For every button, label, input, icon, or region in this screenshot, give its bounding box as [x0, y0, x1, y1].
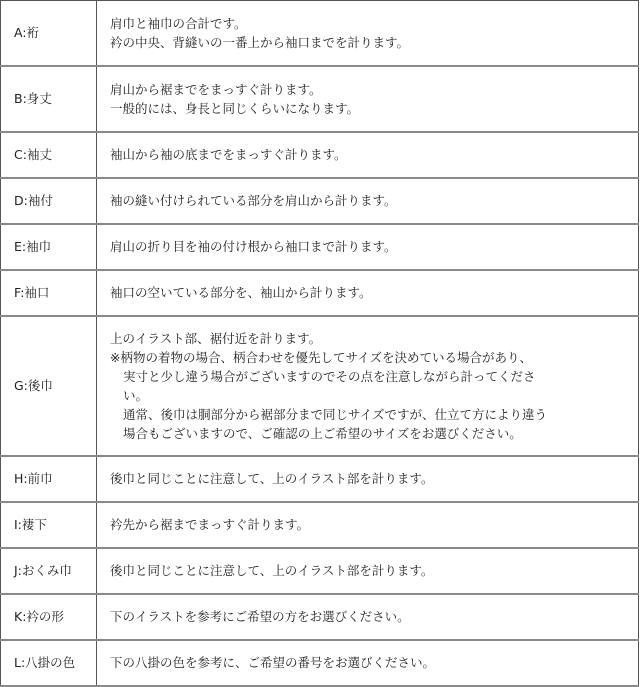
description-line: 袖の縫い付けられている部分を肩山から計ります。: [110, 191, 632, 210]
table-row-j: J:おくみ巾 後巾と同じことに注意して、上のイラスト部を計ります。: [1, 548, 639, 594]
measurement-guide-table: A:裄 肩巾と袖巾の合計です。 衿の中央、背縫いの一番上から袖口までを計ります。…: [0, 0, 639, 687]
table-row-b: B:身丈 肩山から裾までをまっすぐ計ります。 一般的には、身長と同じくらいになり…: [1, 66, 639, 132]
description-line: 下のイラストを参考にご希望の方をお選びください。: [110, 607, 632, 626]
description-line: 衿先から裾までまっすぐ計ります。: [110, 515, 632, 534]
table-row-f: F:袖口 袖口の空いている部分を、袖山から計ります。: [1, 270, 639, 316]
table-row-a: A:裄 肩巾と袖巾の合計です。 衿の中央、背縫いの一番上から袖口までを計ります。: [1, 1, 639, 66]
table-row-i: I:褄下 衿先から裾までまっすぐ計ります。: [1, 502, 639, 548]
row-description: 肩巾と袖巾の合計です。 衿の中央、背縫いの一番上から袖口までを計ります。: [97, 1, 639, 66]
description-line: 下の八掛の色を参考に、ご希望の番号をお選びください。: [110, 653, 632, 672]
description-line: 袖口の空いている部分を、袖山から計ります。: [110, 283, 632, 302]
row-description: 下の八掛の色を参考に、ご希望の番号をお選びください。: [97, 640, 639, 686]
description-note-line: い。: [110, 386, 632, 405]
row-description: 後巾と同じことに注意して、上のイラスト部を計ります。: [97, 456, 639, 502]
row-label: J:おくみ巾: [1, 548, 97, 594]
table-row-g: G:後巾 上のイラスト部、裾付近を計ります。 ※柄物の着物の場合、柄合わせを優先…: [1, 316, 639, 456]
table-row-k: K:衿の形 下のイラストを参考にご希望の方をお選びください。: [1, 594, 639, 640]
description-note-line: 実寸と少し違う場合がございますのでその点を注意しながら計ってくださ: [110, 367, 632, 386]
row-label: H:前巾: [1, 456, 97, 502]
row-label: K:衿の形: [1, 594, 97, 640]
description-line: 衿の中央、背縫いの一番上から袖口までを計ります。: [110, 33, 632, 52]
table-row-d: D:袖付 袖の縫い付けられている部分を肩山から計ります。: [1, 178, 639, 224]
row-label: B:身丈: [1, 66, 97, 132]
row-description: 上のイラスト部、裾付近を計ります。 ※柄物の着物の場合、柄合わせを優先してサイズ…: [97, 316, 639, 456]
description-line: 一般的には、身長と同じくらいになります。: [110, 99, 632, 118]
row-description: 肩山の折り目を袖の付け根から袖口まで計ります。: [97, 224, 639, 270]
description-line: 後巾と同じことに注意して、上のイラスト部を計ります。: [110, 561, 632, 580]
row-label: I:褄下: [1, 502, 97, 548]
description-line: 肩山から裾までをまっすぐ計ります。: [110, 80, 632, 99]
table-row-h: H:前巾 後巾と同じことに注意して、上のイラスト部を計ります。: [1, 456, 639, 502]
description-note-line: ※柄物の着物の場合、柄合わせを優先してサイズを決めている場合があり、: [110, 348, 632, 367]
row-label: F:袖口: [1, 270, 97, 316]
row-label: L:八掛の色: [1, 640, 97, 686]
row-description: 衿先から裾までまっすぐ計ります。: [97, 502, 639, 548]
description-line: 肩巾と袖巾の合計です。: [110, 14, 632, 33]
row-label: A:裄: [1, 1, 97, 66]
description-note-line: 場合もございますので、ご確認の上ご希望のサイズをお選びください。: [110, 424, 632, 443]
description-line: 肩山の折り目を袖の付け根から袖口まで計ります。: [110, 237, 632, 256]
row-label: E:袖巾: [1, 224, 97, 270]
row-description: 袖山から袖の底までをまっすぐ計ります。: [97, 132, 639, 178]
description-line: 上のイラスト部、裾付近を計ります。: [110, 329, 632, 348]
row-description: 後巾と同じことに注意して、上のイラスト部を計ります。: [97, 548, 639, 594]
row-description: 下のイラストを参考にご希望の方をお選びください。: [97, 594, 639, 640]
row-description: 袖の縫い付けられている部分を肩山から計ります。: [97, 178, 639, 224]
row-description: 肩山から裾までをまっすぐ計ります。 一般的には、身長と同じくらいになります。: [97, 66, 639, 132]
row-description: 袖口の空いている部分を、袖山から計ります。: [97, 270, 639, 316]
description-line: 袖山から袖の底までをまっすぐ計ります。: [110, 145, 632, 164]
table-row-e: E:袖巾 肩山の折り目を袖の付け根から袖口まで計ります。: [1, 224, 639, 270]
table-row-l: L:八掛の色 下の八掛の色を参考に、ご希望の番号をお選びください。: [1, 640, 639, 686]
description-note-line: 通常、後巾は胴部分から裾部分まで同じサイズですが、仕立て方により違う: [110, 405, 632, 424]
row-label: C:袖丈: [1, 132, 97, 178]
table-row-c: C:袖丈 袖山から袖の底までをまっすぐ計ります。: [1, 132, 639, 178]
description-line: 後巾と同じことに注意して、上のイラスト部を計ります。: [110, 469, 632, 488]
row-label: G:後巾: [1, 316, 97, 456]
row-label: D:袖付: [1, 178, 97, 224]
